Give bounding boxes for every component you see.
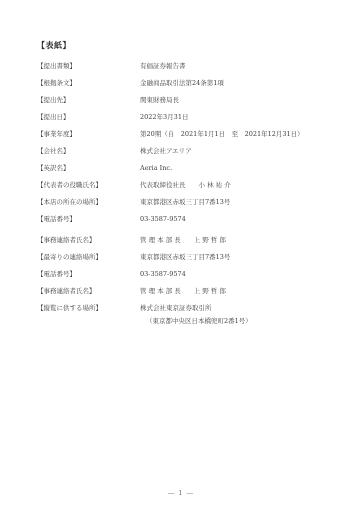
field-value-line2: （東京都中央区日本橋兜町2番1号） (140, 317, 348, 325)
field-value: 株式会社東京証券取引所 （東京都中央区日本橋兜町2番1号） (140, 304, 348, 325)
row-submitted-document: 【提出書類】 有価証券報告書 (37, 62, 348, 79)
field-value: 株式会社アエリア (140, 147, 348, 155)
field-value: 管 理 本 部 長 上 野 哲 郎 (140, 236, 348, 244)
field-value-line1: 株式会社東京証券取引所 (140, 304, 212, 312)
field-value: 03-3587-9574 (140, 270, 348, 278)
row-representative: 【代表者の役職氏名】 代表取締役社長 小 林 祐 介 (37, 181, 348, 198)
field-label: 【英訳名】 (37, 164, 140, 172)
row-phone-number-2: 【電話番号】 03-3587-9574 (37, 270, 348, 287)
row-english-name: 【英訳名】 Aeria Inc. (37, 164, 348, 181)
field-value: 有価証券報告書 (140, 62, 348, 70)
field-value: 第20期（自 2021年1月1日 至 2021年12月31日） (140, 130, 348, 138)
page-number: ― 1 ― (0, 489, 362, 497)
row-submission-date: 【提出日】 2022年3月31日 (37, 113, 348, 130)
field-value: 東京都港区赤坂三丁目7番13号 (140, 198, 348, 206)
field-label: 【事務連絡者氏名】 (37, 236, 140, 244)
row-public-inspection-place: 【縦覧に供する場所】 株式会社東京証券取引所 （東京都中央区日本橋兜町2番1号） (37, 304, 348, 334)
field-label: 【提出書類】 (37, 62, 140, 70)
row-company-name: 【会社名】 株式会社アエリア (37, 147, 348, 164)
field-value: 2022年3月31日 (140, 113, 348, 121)
field-value: 関東財務局長 (140, 96, 348, 104)
cover-page-content: 【表紙】 【提出書類】 有価証券報告書 【根拠条文】 金融商品取引法第24条第1… (37, 40, 348, 334)
field-value: 金融商品取引法第24条第1項 (140, 79, 348, 87)
field-label: 【電話番号】 (37, 270, 140, 278)
field-label: 【提出日】 (37, 113, 140, 121)
field-label: 【会社名】 (37, 147, 140, 155)
row-legal-basis: 【根拠条文】 金融商品取引法第24条第1項 (37, 79, 348, 96)
field-label: 【代表者の役職氏名】 (37, 181, 140, 189)
row-nearest-contact-place: 【最寄りの連絡場所】 東京都港区赤坂三丁目7番13号 (37, 253, 348, 270)
field-label: 【本店の所在の場所】 (37, 198, 140, 206)
row-fiscal-year: 【事業年度】 第20期（自 2021年1月1日 至 2021年12月31日） (37, 130, 348, 147)
page-title: 【表紙】 (37, 40, 348, 51)
field-value: Aeria Inc. (140, 164, 348, 172)
field-value: 03-3587-9574 (140, 215, 348, 223)
securities-report-cover-page: 【表紙】 【提出書類】 有価証券報告書 【根拠条文】 金融商品取引法第24条第1… (0, 0, 362, 512)
field-label: 【提出先】 (37, 96, 140, 104)
row-head-office-location: 【本店の所在の場所】 東京都港区赤坂三丁目7番13号 (37, 198, 348, 215)
field-value: 管 理 本 部 長 上 野 哲 郎 (140, 287, 348, 295)
row-phone-number-1: 【電話番号】 03-3587-9574 (37, 215, 348, 232)
field-label: 【最寄りの連絡場所】 (37, 253, 140, 261)
field-value: 東京都港区赤坂三丁目7番13号 (140, 253, 348, 261)
field-label: 【事業年度】 (37, 130, 140, 138)
row-admin-contact-2: 【事務連絡者氏名】 管 理 本 部 長 上 野 哲 郎 (37, 287, 348, 304)
row-admin-contact-1: 【事務連絡者氏名】 管 理 本 部 長 上 野 哲 郎 (37, 236, 348, 253)
field-label: 【縦覧に供する場所】 (37, 304, 140, 312)
field-label: 【事務連絡者氏名】 (37, 287, 140, 295)
field-label: 【電話番号】 (37, 215, 140, 223)
row-submitted-to: 【提出先】 関東財務局長 (37, 96, 348, 113)
field-label: 【根拠条文】 (37, 79, 140, 87)
field-value: 代表取締役社長 小 林 祐 介 (140, 181, 348, 189)
